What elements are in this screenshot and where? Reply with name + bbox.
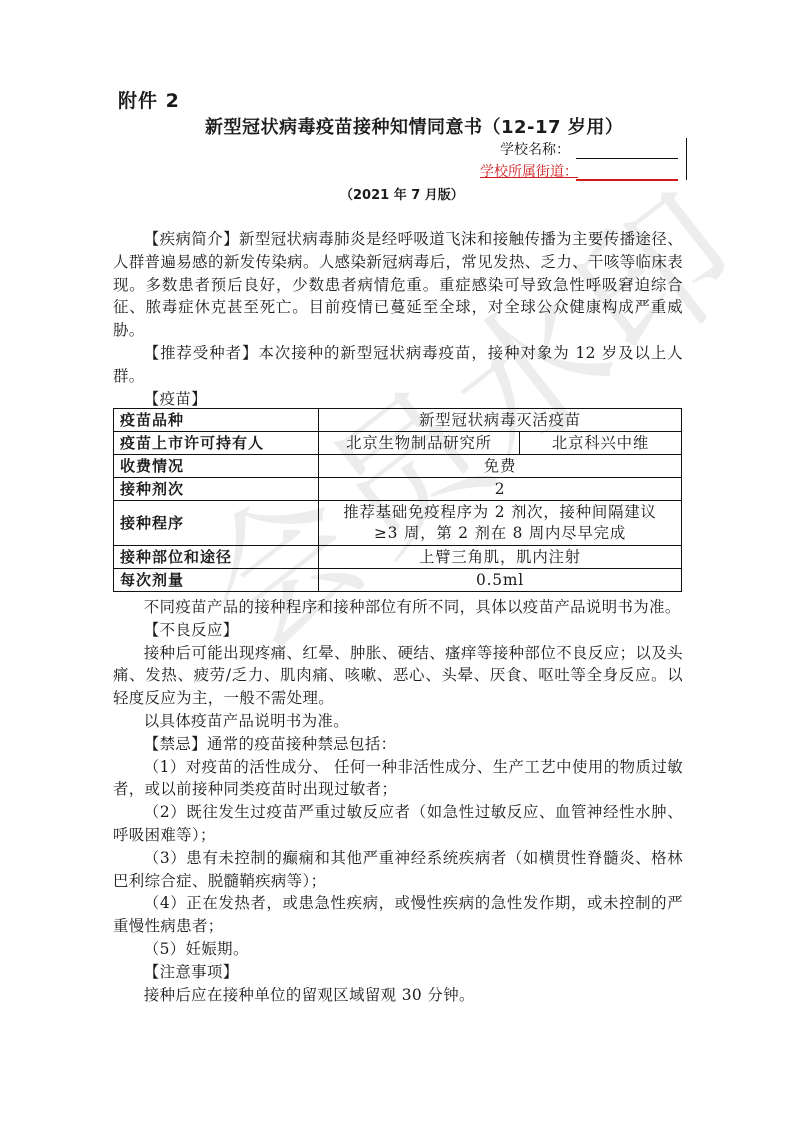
- schedule-line-2: ≥3 周，第 2 剂在 8 周内尽早完成: [325, 523, 675, 544]
- margin-divider: [686, 138, 687, 180]
- contraindications-paragraph: 【禁忌】通常的疫苗接种禁忌包括：: [113, 733, 683, 756]
- disease-heading: 【疾病简介】: [144, 230, 239, 248]
- row-label: 收费情况: [114, 455, 319, 478]
- school-street-blank[interactable]: [576, 162, 678, 181]
- contraindication-item: （4）正在发热者，或患急性疾病，或慢性疾病的急性发作期，或未控制的严重慢性病患者…: [113, 892, 683, 938]
- school-name-field: 学校名称：: [480, 139, 678, 159]
- details-section: 不同疫苗产品的接种程序和接种部位有所不同，具体以疫苗产品说明书为准。 【不良反应…: [113, 596, 683, 1006]
- version-label: （2021 年 7 月版）: [340, 184, 464, 203]
- row-value: 推荐基础免疫程序为 2 剂次，接种间隔建议 ≥3 周，第 2 剂在 8 周内尽早…: [319, 501, 682, 546]
- vaccine-table: 疫苗品种 新型冠状病毒灭活疫苗 疫苗上市许可持有人 北京生物制品研究所 北京科兴…: [113, 408, 682, 592]
- table-row: 接种部位和途径 上臂三角肌，肌内注射: [114, 546, 682, 569]
- disease-paragraph: 【疾病简介】新型冠状病毒肺炎是经呼吸道飞沫和接触传播为主要传播途径、人群普遍易感…: [113, 228, 683, 342]
- recipients-heading: 【推荐受种者】: [144, 344, 259, 362]
- row-value: 2: [319, 478, 682, 501]
- school-name-blank[interactable]: [576, 141, 678, 159]
- row-value: 上臂三角肌，肌内注射: [319, 546, 682, 569]
- row-value: 0.5ml: [319, 569, 682, 592]
- row-value-holder-1: 北京生物制品研究所: [319, 432, 520, 455]
- schedule-line-1: 推荐基础免疫程序为 2 剂次，接种间隔建议: [325, 502, 675, 523]
- table-row: 疫苗上市许可持有人 北京生物制品研究所 北京科兴中维: [114, 432, 682, 455]
- contraindications-heading: 【禁忌】: [144, 735, 207, 753]
- table-row: 接种剂次 2: [114, 478, 682, 501]
- table-row: 疫苗品种 新型冠状病毒灭活疫苗: [114, 409, 682, 432]
- document-page: 会员水印 附件 2 新型冠状病毒疫苗接种知情同意书（12-17 岁用） 学校名称…: [0, 0, 793, 1122]
- table-note: 不同疫苗产品的接种程序和接种部位有所不同，具体以疫苗产品说明书为准。: [113, 596, 683, 619]
- row-value: 新型冠状病毒灭活疫苗: [319, 409, 682, 432]
- vaccine-heading: 【疫苗】: [113, 388, 683, 411]
- row-label: 疫苗品种: [114, 409, 319, 432]
- contraindication-item: （5）妊娠期。: [113, 938, 683, 961]
- adverse-note: 以具体疫苗产品说明书为准。: [113, 710, 683, 733]
- school-name-label: 学校名称：: [480, 139, 570, 159]
- row-label: 接种部位和途径: [114, 546, 319, 569]
- intro-section: 【疾病简介】新型冠状病毒肺炎是经呼吸道飞沫和接触传播为主要传播途径、人群普遍易感…: [113, 228, 683, 410]
- row-value-holder-2: 北京科兴中维: [520, 432, 682, 455]
- precautions-heading: 【注意事项】: [113, 961, 683, 984]
- row-label: 接种程序: [114, 501, 319, 546]
- contraindications-intro: 通常的疫苗接种禁忌包括：: [207, 735, 397, 753]
- table-row: 每次剂量 0.5ml: [114, 569, 682, 592]
- adverse-heading: 【不良反应】: [113, 619, 683, 642]
- school-street-field: 学校所属街道：: [480, 161, 678, 181]
- school-street-label: 学校所属街道：: [480, 161, 570, 181]
- table-row: 接种程序 推荐基础免疫程序为 2 剂次，接种间隔建议 ≥3 周，第 2 剂在 8…: [114, 501, 682, 546]
- precautions-text: 接种后应在接种单位的留观区域留观 30 分钟。: [113, 984, 683, 1007]
- contraindication-item: （1）对疫苗的活性成分、 任何一种非活性成分、生产工艺中使用的物质过敏者，或以前…: [113, 756, 683, 802]
- attachment-label: 附件 2: [118, 86, 180, 113]
- row-value: 免费: [319, 455, 682, 478]
- adverse-text: 接种后可能出现疼痛、红晕、肿胀、硬结、瘙痒等接种部位不良反应；以及头痛、发热、疲…: [113, 642, 683, 710]
- row-label: 接种剂次: [114, 478, 319, 501]
- contraindication-item: （3）患有未控制的癫痫和其他严重神经系统疾病者（如横贯性脊髓炎、格林巴利综合症、…: [113, 847, 683, 893]
- row-label: 疫苗上市许可持有人: [114, 432, 319, 455]
- recipients-paragraph: 【推荐受种者】本次接种的新型冠状病毒疫苗，接种对象为 12 岁及以上人群。: [113, 342, 683, 388]
- row-label: 每次剂量: [114, 569, 319, 592]
- document-title: 新型冠状病毒疫苗接种知情同意书（12-17 岁用）: [205, 113, 623, 139]
- table-row: 收费情况 免费: [114, 455, 682, 478]
- contraindication-item: （2）既往发生过疫苗严重过敏反应者（如急性过敏反应、血管神经性水肿、呼吸困难等）…: [113, 801, 683, 847]
